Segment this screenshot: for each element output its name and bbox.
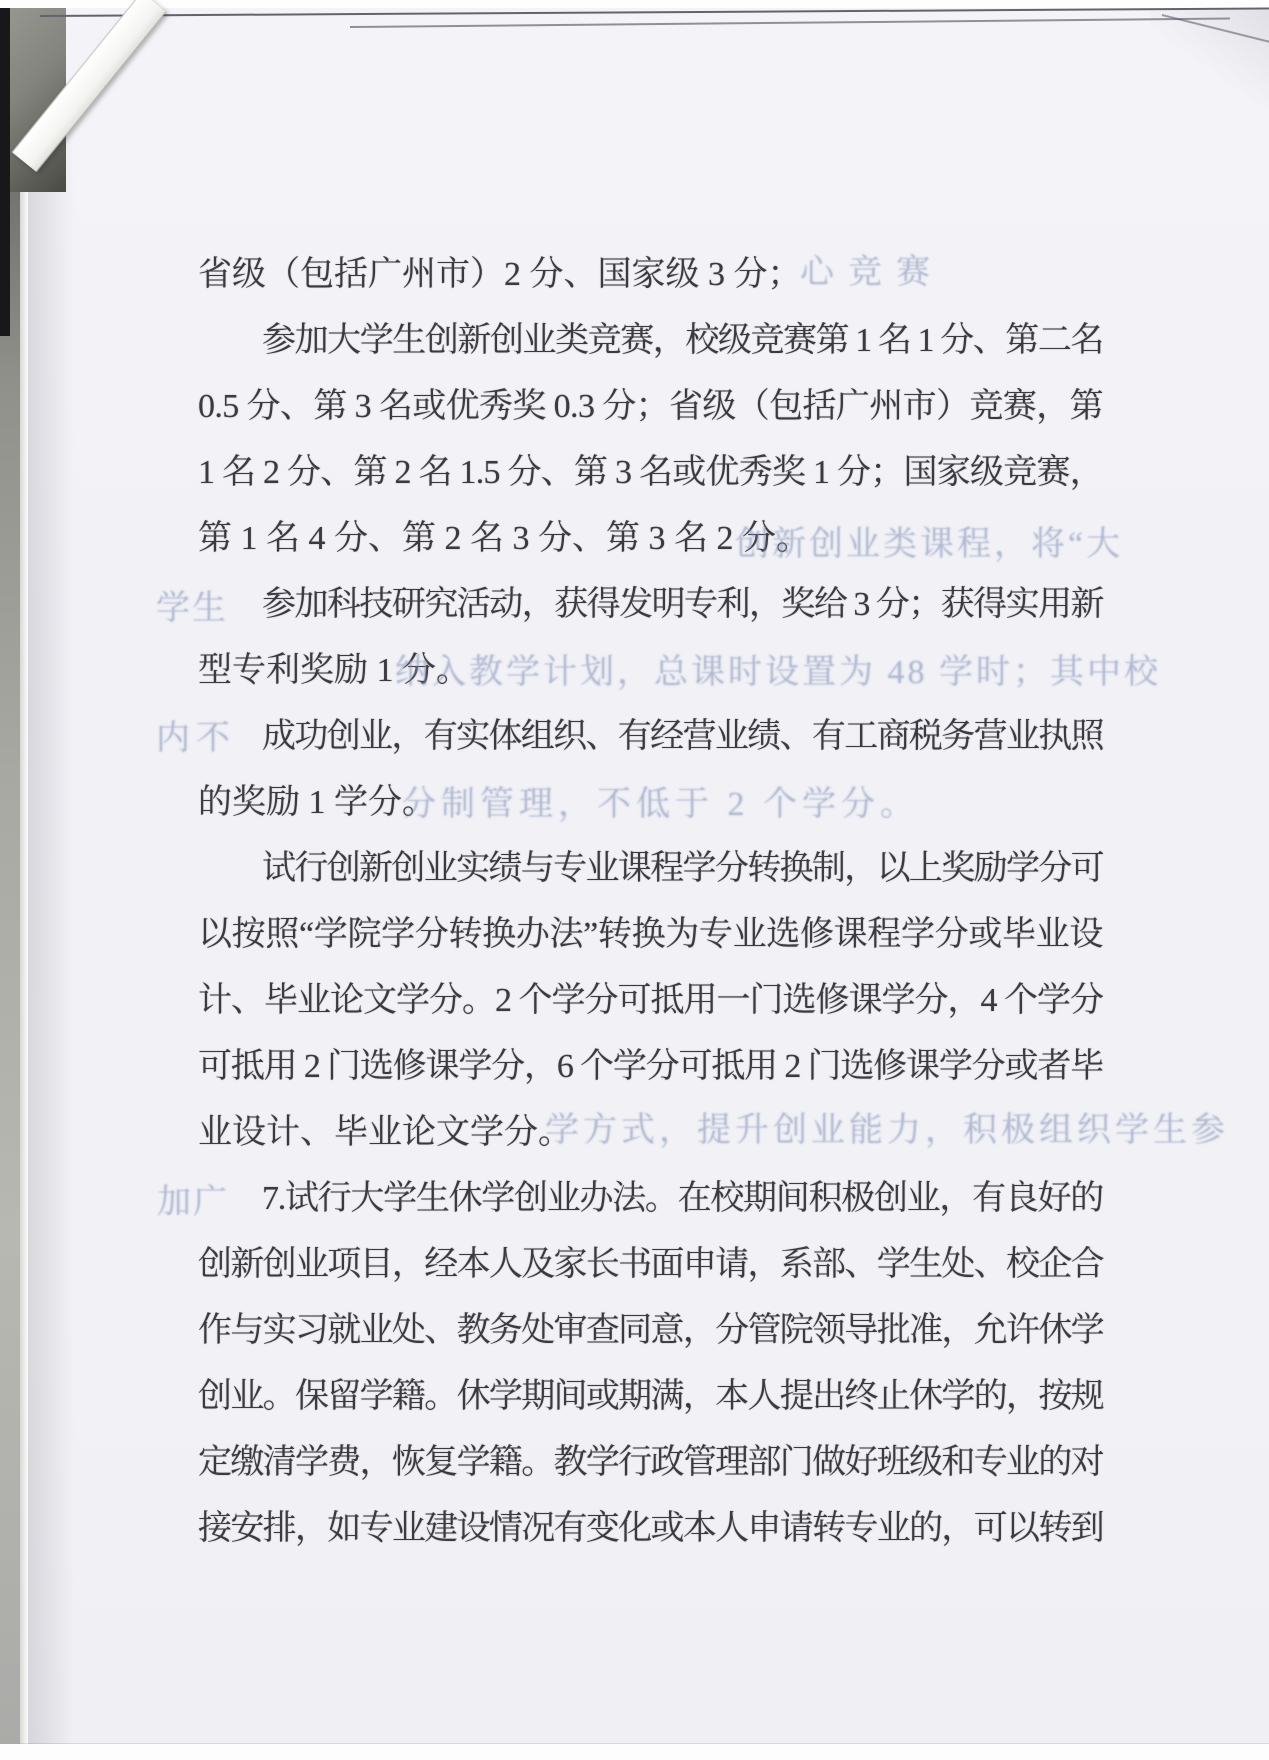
text-line: 参加科技研究活动，获得发明专利，奖给 3 分；获得实用新 bbox=[198, 572, 1103, 638]
text-line: 7.试行大学生休学创业办法。在校期间积极创业，有良好的 bbox=[198, 1166, 1103, 1232]
text-line: 以按照“学院学分转换办法”转换为专业选修课程学分或毕业设 bbox=[198, 902, 1103, 968]
bleed-through-text: 创新创业类课程，将“大 bbox=[735, 528, 1123, 562]
text-line: 参加大学生创新创业类竞赛，校级竞赛第 1 名 1 分、第二名 bbox=[198, 308, 1103, 374]
text-line: 接安排，如专业建设情况有变化或本人申请转专业的，可以转到 bbox=[198, 1496, 1103, 1562]
paper-left-inner-shadow bbox=[28, 120, 74, 1744]
bleed-through-text: 内不 bbox=[156, 722, 236, 756]
bleed-through-text: 学生 bbox=[156, 592, 228, 626]
text-line: 创业。保留学籍。休学期间或期满，本人提出终止休学的，按规 bbox=[198, 1364, 1103, 1430]
text-line: 可抵用 2 门选修课学分，6 个学分可抵用 2 门选修课学分或者毕 bbox=[198, 1034, 1103, 1100]
text-line: 计、毕业论文学分。2 个学分可抵用一门选修课学分，4 个学分 bbox=[198, 968, 1103, 1034]
bleed-through-text: 心竞赛 bbox=[800, 256, 944, 290]
bleed-through-text: 学方式，提升创业能力，积极组织学生参 bbox=[545, 1114, 1229, 1148]
text-line: 定缴清学费，恢复学籍。教学行政管理部门做好班级和专业的对 bbox=[198, 1430, 1103, 1496]
scanned-document-page: 省级（包括广州市）2 分、国家级 3 分；参加大学生创新创业类竞赛，校级竞赛第 … bbox=[0, 0, 1269, 1760]
text-line: 试行创新创业实绩与专业课程学分转换制，以上奖励学分可 bbox=[198, 836, 1103, 902]
text-line: 作与实习就业处、教务处审查同意，分管院领导批准，允许休学 bbox=[198, 1298, 1103, 1364]
document-body: 省级（包括广州市）2 分、国家级 3 分；参加大学生创新创业类竞赛，校级竞赛第 … bbox=[198, 242, 1103, 1562]
bleed-through-text: 分制管理，不低于 2 个学分。 bbox=[402, 788, 919, 822]
scanner-background-strip-top bbox=[0, 0, 1269, 8]
text-line: 创新创业项目，经本人及家长书面申请，系部、学生处、校企合 bbox=[198, 1232, 1103, 1298]
bleed-through-text: 加广 bbox=[157, 1186, 229, 1220]
scanner-background-strip-bottom bbox=[0, 1744, 1269, 1760]
text-line: 成功创业，有实体组织、有经营业绩、有工商税务营业执照 bbox=[198, 704, 1103, 770]
paper-left-edge-highlight bbox=[20, 8, 28, 1744]
page-crease-top-right-shade bbox=[1150, 10, 1269, 130]
text-line: 省级（包括广州市）2 分、国家级 3 分； bbox=[198, 242, 1103, 308]
text-line: 1 名 2 分、第 2 名 1.5 分、第 3 名或优秀奖 1 分；国家级竞赛， bbox=[198, 440, 1103, 506]
bleed-through-text: 纳入教学计划，总课时设置为 48 学时；其中校 bbox=[395, 656, 1161, 690]
text-line: 0.5 分、第 3 名或优秀奖 0.3 分；省级（包括广州市）竞赛，第 bbox=[198, 374, 1103, 440]
scanner-left-black-sliver bbox=[0, 6, 10, 336]
